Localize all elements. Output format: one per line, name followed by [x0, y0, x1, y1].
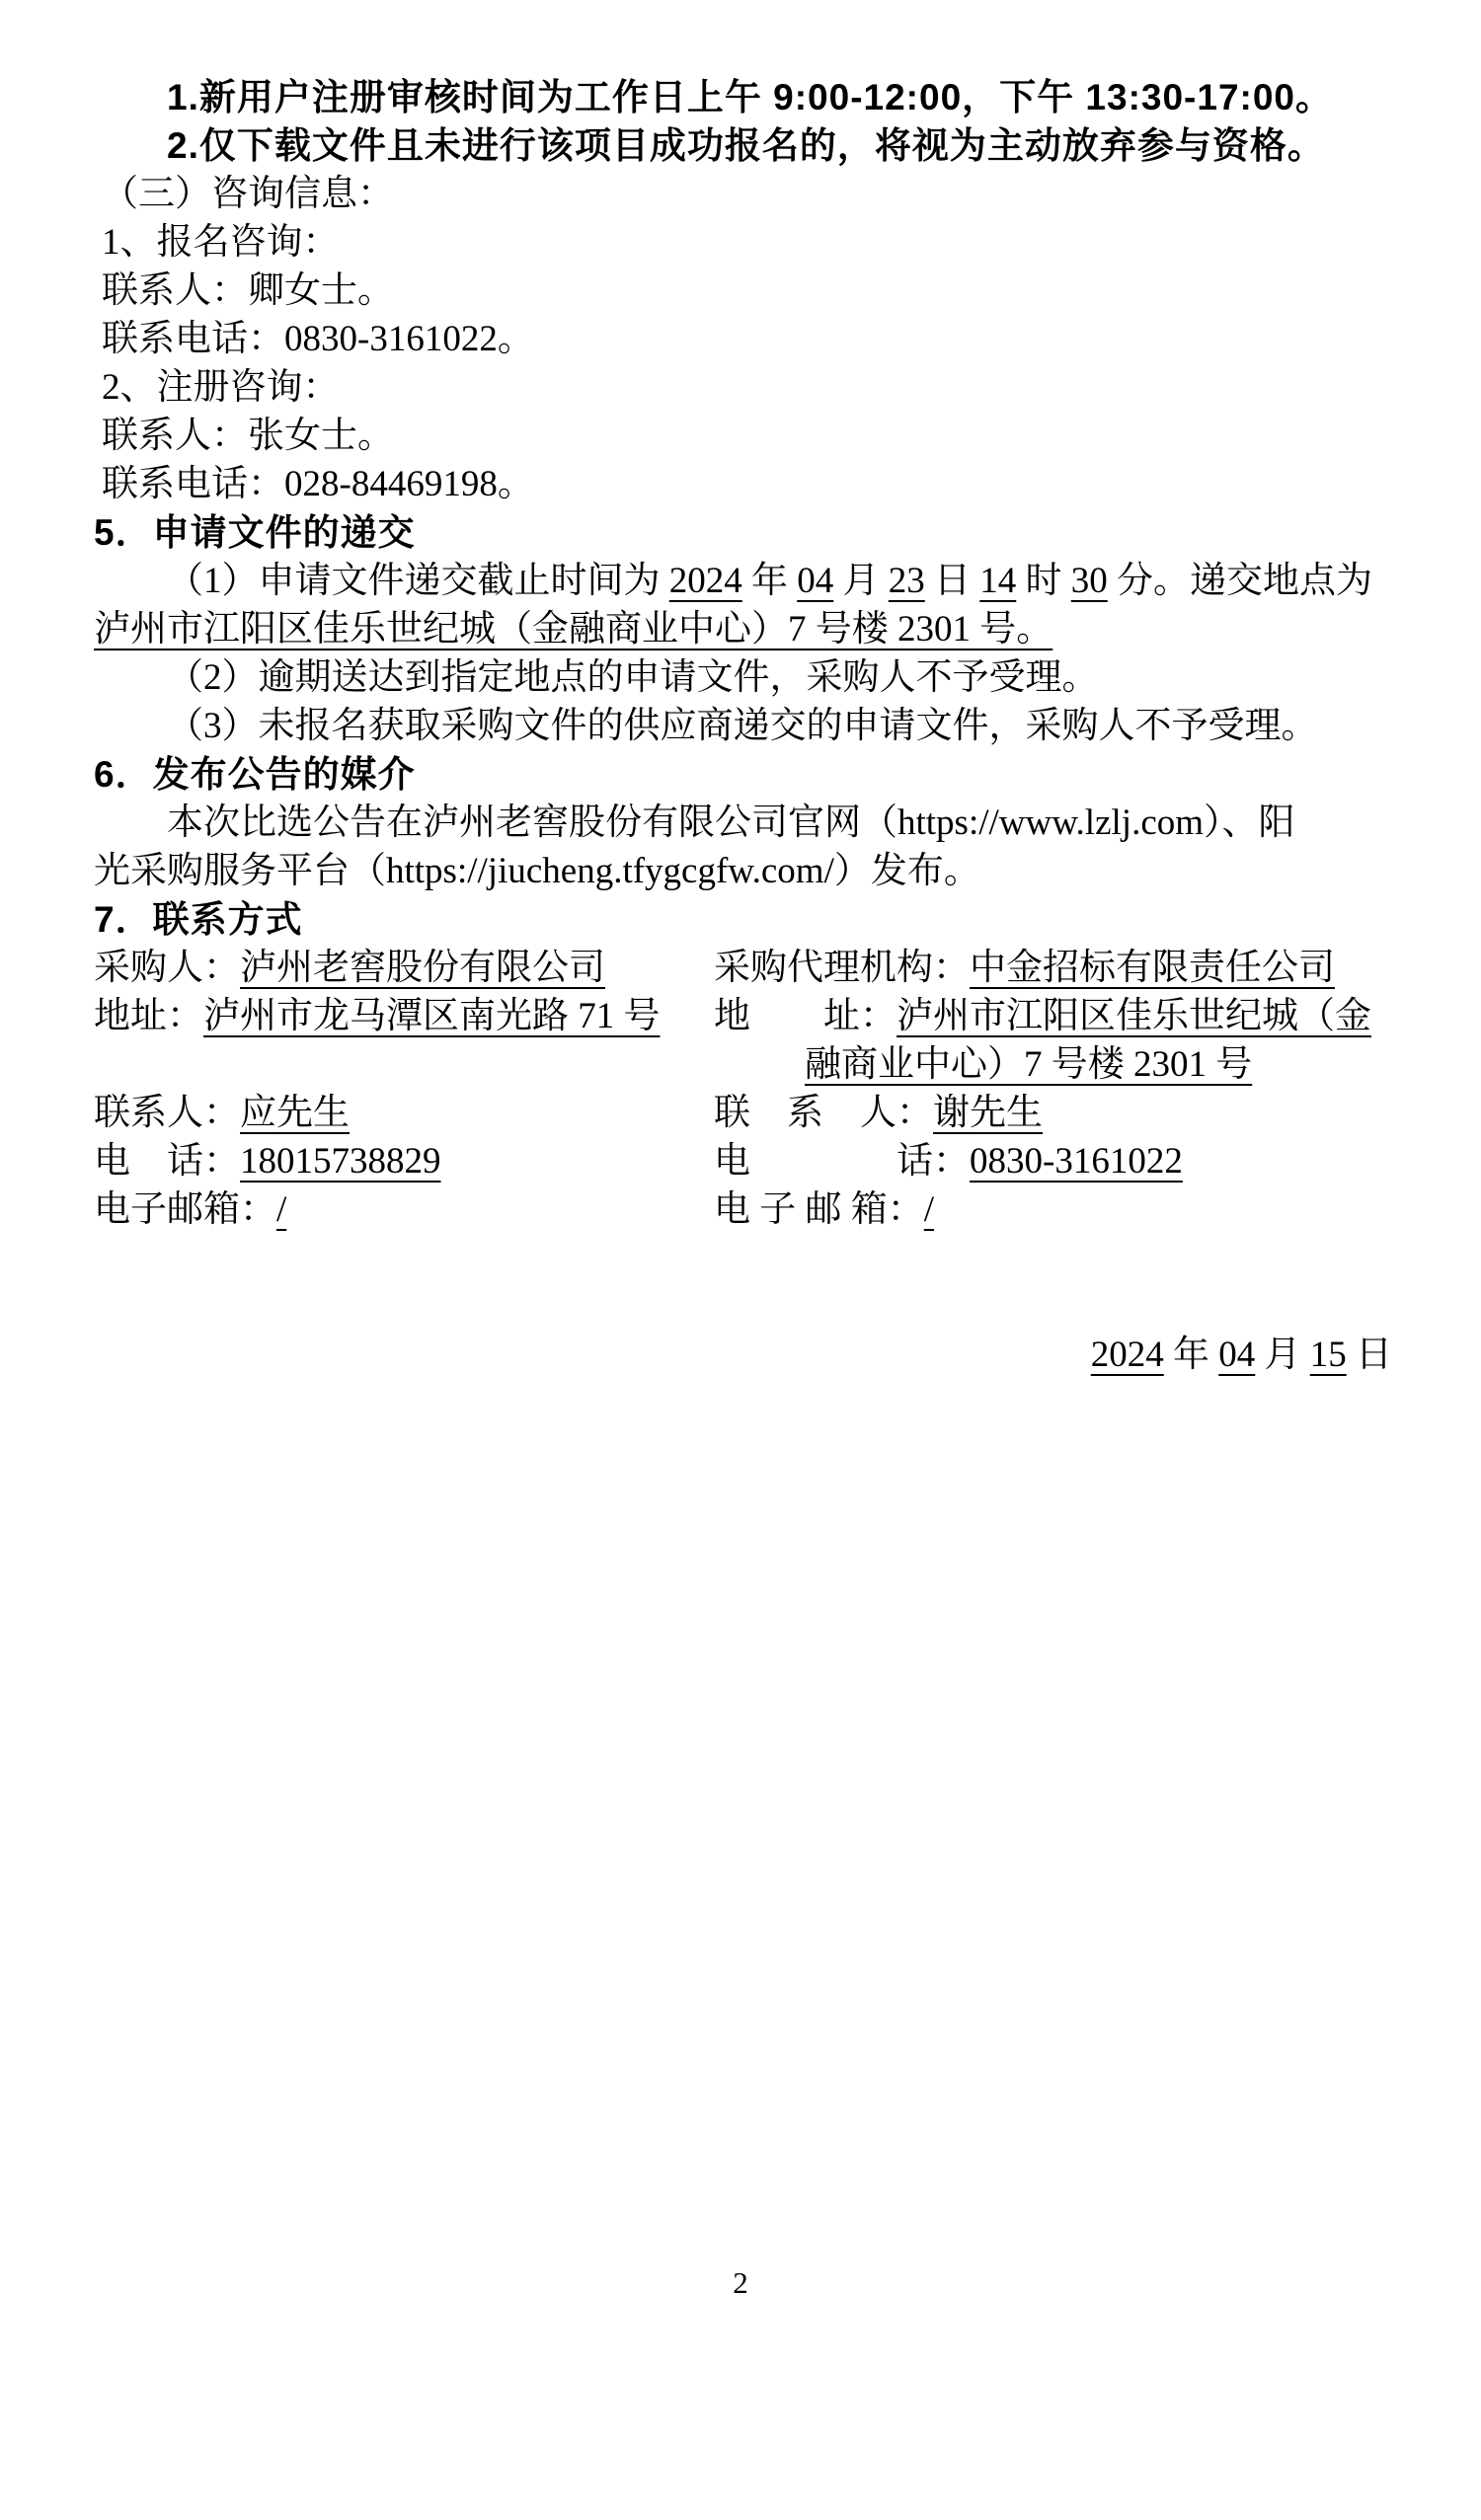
- agency-person: 谢先生: [933, 1093, 1043, 1133]
- submission-location-line: 泸州市江阳区佳乐世纪城（金融商业中心）7 号楼 2301 号。: [94, 605, 1392, 653]
- deadline-minute: 30: [1071, 561, 1108, 601]
- register-consult-phone: 联系电话：028-84469198。: [102, 460, 1392, 508]
- page-number: 2: [0, 2258, 1481, 2307]
- deadline-sep4: 时: [1016, 561, 1071, 601]
- signup-consult-phone: 联系电话：0830-3161022。: [102, 315, 1392, 363]
- deadline-sep2: 月: [833, 561, 889, 601]
- agency-email-label: 电 子 邮 箱：: [714, 1189, 924, 1230]
- date-month: 04: [1218, 1335, 1255, 1375]
- deadline-suffix: 分。递交地点为: [1108, 561, 1372, 601]
- agency-phone-label: 电 话：: [714, 1141, 970, 1182]
- agency-address-label: 地 址：: [714, 996, 896, 1036]
- agency-address-row-1: 地 址：泸州市江阳区佳乐世纪城（金: [714, 992, 1392, 1040]
- submission-item-2: （2）逾期送达到指定地点的申请文件，采购人不予受理。: [94, 653, 1392, 702]
- agency-address-row-2: 融商业中心）7 号楼 2301 号: [805, 1040, 1392, 1089]
- submission-item-3: （3）未报名获取采购文件的供应商递交的申请文件，采购人不予受理。: [94, 702, 1392, 750]
- agency-name-row: 采购代理机构：中金招标有限责任公司: [714, 944, 1392, 992]
- agency-name-label: 采购代理机构：: [714, 948, 970, 988]
- agency-phone-row: 电 话：0830-3161022: [714, 1137, 1392, 1185]
- date-year: 2024: [1091, 1335, 1164, 1375]
- date-day: 15: [1310, 1335, 1347, 1375]
- purchaser-address-label: 地址：: [94, 996, 203, 1036]
- agency-column: 采购代理机构：中金招标有限责任公司 地 址：泸州市江阳区佳乐世纪城（金 融商业中…: [714, 944, 1392, 1234]
- purchaser-email-label: 电子邮箱：: [94, 1189, 276, 1230]
- purchaser-email: /: [276, 1189, 286, 1230]
- purchaser-name-label: 采购人：: [94, 948, 240, 988]
- register-consult-contact: 联系人：张女士。: [102, 412, 1392, 460]
- purchaser-column: 采购人：泸州老窖股份有限公司 地址：泸州市龙马潭区南光路 71 号 联系人：应先…: [94, 944, 714, 1234]
- purchaser-person: 应先生: [240, 1093, 350, 1133]
- agency-person-row: 联 系 人：谢先生: [714, 1089, 1392, 1137]
- media-line-1: 本次比选公告在泸州老窖股份有限公司官网（https://www.lzlj.com…: [94, 799, 1392, 847]
- media-heading: 6．发布公告的媒介: [94, 750, 1392, 799]
- purchaser-name: 泸州老窖股份有限公司: [240, 948, 605, 988]
- purchaser-person-row: 联系人：应先生: [94, 1089, 714, 1137]
- deadline-hour: 14: [979, 561, 1016, 601]
- deadline-prefix: （1）申请文件递交截止时间为: [167, 561, 669, 601]
- date-sep2: 月: [1255, 1335, 1310, 1375]
- purchaser-phone-row: 电 话：18015738829: [94, 1137, 714, 1185]
- agency-name: 中金招标有限责任公司: [970, 948, 1335, 988]
- deadline-month: 04: [797, 561, 833, 601]
- announcement-date: 2024 年 04 月 15 日: [94, 1331, 1392, 1379]
- date-sep3: 日: [1347, 1335, 1392, 1375]
- purchaser-phone: 18015738829: [240, 1141, 441, 1182]
- contact-grid: 采购人：泸州老窖股份有限公司 地址：泸州市龙马潭区南光路 71 号 联系人：应先…: [94, 944, 1392, 1234]
- deadline-year: 2024: [669, 561, 742, 601]
- purchaser-address-row: 地址：泸州市龙马潭区南光路 71 号: [94, 992, 714, 1040]
- purchaser-phone-label: 电 话：: [94, 1141, 240, 1182]
- document-page: { "notes": { "item1": "1.新用户注册审核时间为工作日上午…: [0, 0, 1481, 2520]
- notice-item-1: 1.新用户注册审核时间为工作日上午 9:00-12:00，下午 13:30-17…: [94, 73, 1392, 121]
- purchaser-address: 泸州市龙马潭区南光路 71 号: [203, 996, 661, 1036]
- contact-heading: 7．联系方式: [94, 895, 1392, 944]
- submission-heading: 5．申请文件的递交: [94, 508, 1392, 557]
- notice-item-2: 2.仅下载文件且未进行该项目成功报名的，将视为主动放弃参与资格。: [94, 121, 1392, 170]
- date-sep1: 年: [1164, 1335, 1219, 1375]
- pre-date-spacer-1: [94, 1234, 1392, 1282]
- purchaser-person-label: 联系人：: [94, 1093, 240, 1133]
- agency-phone: 0830-3161022: [970, 1141, 1183, 1182]
- deadline-sep1: 年: [742, 561, 798, 601]
- purchaser-column-spacer: [94, 1040, 714, 1089]
- document-body: 1.新用户注册审核时间为工作日上午 9:00-12:00，下午 13:30-17…: [94, 73, 1392, 1379]
- signup-consult-title: 1、报名咨询：: [102, 218, 1392, 267]
- submission-deadline-line: （1）申请文件递交截止时间为 2024 年 04 月 23 日 14 时 30 …: [94, 557, 1392, 605]
- agency-email: /: [924, 1189, 934, 1230]
- deadline-sep3: 日: [925, 561, 980, 601]
- media-line-2: 光采购服务平台（https://jiucheng.tfygcgfw.com/）发…: [94, 847, 1392, 895]
- register-consult-title: 2、注册咨询：: [102, 363, 1392, 412]
- pre-date-spacer-2: [94, 1282, 1392, 1331]
- consult-section-title: （三）咨询信息：: [102, 170, 1392, 218]
- signup-consult-contact: 联系人：卿女士。: [102, 267, 1392, 315]
- purchaser-name-row: 采购人：泸州老窖股份有限公司: [94, 944, 714, 992]
- agency-address-line-1: 泸州市江阳区佳乐世纪城（金: [896, 996, 1371, 1036]
- purchaser-email-row: 电子邮箱：/: [94, 1185, 714, 1234]
- deadline-day: 23: [889, 561, 925, 601]
- agency-person-label: 联 系 人：: [714, 1093, 933, 1133]
- agency-address-line-2: 融商业中心）7 号楼 2301 号: [805, 1044, 1252, 1085]
- agency-email-row: 电 子 邮 箱：/: [714, 1185, 1392, 1234]
- submission-location: 泸州市江阳区佳乐世纪城（金融商业中心）7 号楼 2301 号。: [94, 609, 1052, 649]
